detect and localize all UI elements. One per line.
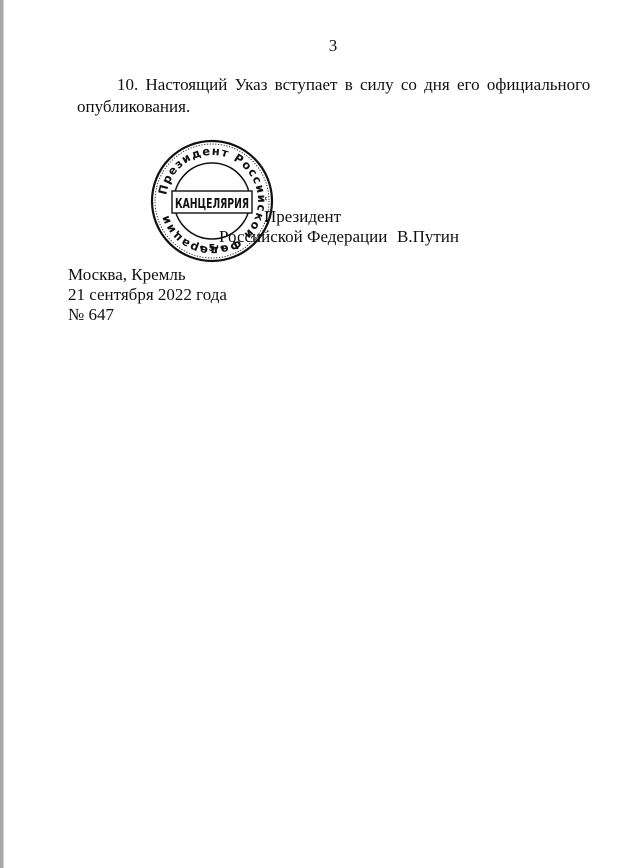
signing-date: 21 сентября 2022 года: [68, 285, 227, 305]
place-of-signing: Москва, Кремль: [68, 265, 227, 285]
page-left-edge: [0, 0, 4, 868]
paragraph-line-2: опубликования.: [77, 96, 553, 118]
official-stamp: Президент Российской Федерации КАНЦЕЛЯРИ…: [150, 139, 274, 263]
signatory-name: В.Путин: [397, 226, 459, 248]
stamp-bottom-text: • 5 •: [199, 243, 226, 254]
stamp-seal-icon: Президент Российской Федерации КАНЦЕЛЯРИ…: [150, 139, 274, 263]
signature-title-line-1: Президент: [264, 206, 341, 228]
decree-paragraph-10: 10. Настоящий Указ вступает в силу со дн…: [77, 74, 553, 118]
decree-number: № 647: [68, 305, 227, 325]
paragraph-line-1: 10. Настоящий Указ вступает в силу со дн…: [77, 74, 553, 96]
decree-footer: Москва, Кремль 21 сентября 2022 года № 6…: [68, 265, 227, 325]
stamp-center-text: КАНЦЕЛЯРИЯ: [175, 196, 249, 212]
page-number: 3: [0, 36, 618, 56]
